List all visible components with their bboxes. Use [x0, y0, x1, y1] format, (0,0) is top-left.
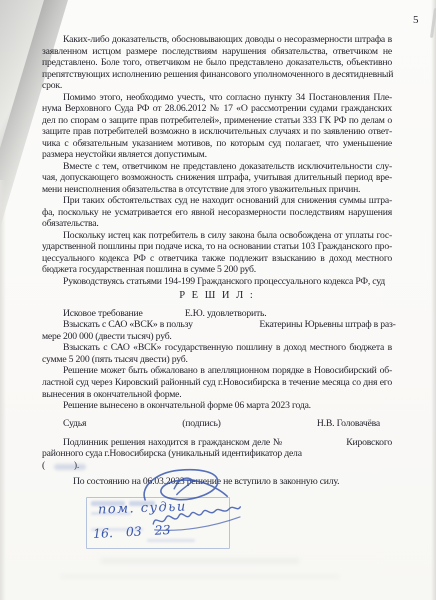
text-line: фа, поскольку не усматривается его явной…	[42, 207, 392, 219]
scan-ghost-mark	[60, 574, 340, 579]
erased-case-id-trace	[54, 464, 86, 470]
text-line: нума Верховного Суда РФ от 28.06.2012 № …	[42, 103, 392, 115]
text-line: При таких обстоятельствах суд не находит…	[42, 195, 392, 207]
text-line: мере 200 000 (двести тысяч) руб.	[42, 331, 392, 343]
text-line: мени неисполнения обязательства в отсутс…	[42, 184, 392, 196]
text-line: бюджета государственная пошлина в сумме …	[42, 264, 392, 276]
text-line: вынесения в окончательной форме.	[42, 389, 392, 401]
scan-left-edge-shadow	[0, 180, 6, 600]
text-line: цессуального кодекса РФ с ответчика такж…	[42, 253, 392, 265]
text-line: Взыскать с САО «ВСК» государственную пош…	[42, 342, 392, 354]
judge-name: Н.В. Головачёва	[317, 418, 380, 430]
text-line: Руководствуясь статьями 194-199 Гражданс…	[42, 276, 392, 288]
text-line: обязательства.	[42, 218, 392, 230]
text-line: Взыскать с САО «ВСК» в пользу Екатерины …	[42, 319, 392, 331]
text-line: Подлинник решения находится в гражданско…	[42, 437, 392, 449]
text-line: защите прав потребителей возможно в искл…	[42, 126, 392, 138]
resolution-heading: Р Е Ш И Л :	[42, 290, 392, 302]
scan-right-edge-shadow	[431, 0, 436, 600]
text-line: препятствующих исполнению решения финанс…	[42, 69, 392, 81]
text-line: Помимо этого, необходимо учесть, что сог…	[42, 92, 392, 104]
text-line: ластной суд через Кировский районный суд…	[42, 377, 392, 389]
judge-label: Судья	[63, 418, 86, 430]
page-number: 5	[413, 14, 419, 26]
text-line: чика с обязательным указанием мотивов, п…	[42, 138, 392, 150]
document-page: 5 Каких-либо доказательств, обосновывающ…	[0, 0, 436, 600]
text-line: районного суда г.Новосибирска (уникальны…	[42, 448, 392, 460]
text-line: Решение вынесено в окончательной форме 0…	[42, 400, 392, 412]
text-line: Вместе с тем, ответчиком не представлено…	[42, 161, 392, 173]
text-line: Поскольку истец как потребитель в силу з…	[42, 230, 392, 242]
text-line: Исковое требование Е.Ю. удовлетворить.	[42, 308, 392, 320]
signature-row: Судья (подпись) Н.В. Головачёва	[42, 418, 392, 430]
text-line: ударственной пошлины при подаче иска, то…	[42, 241, 392, 253]
text-line: Решение может быть обжаловано в апелляци…	[42, 365, 392, 377]
document-text: Каких-либо доказательств, обосновывающих…	[42, 34, 392, 488]
text-line: заявленном истцом размере последствиям н…	[42, 46, 392, 58]
scan-ghost-mark	[100, 558, 300, 564]
text-line: представлено. Боле того, ответчиком не б…	[42, 57, 392, 69]
body-paragraphs: Каких-либо доказательств, обосновывающих…	[42, 34, 392, 287]
stamp-faint-text	[147, 539, 195, 542]
signature-placeholder: (подпись)	[182, 418, 220, 430]
text-line: размера неустойки является допустимым.	[42, 149, 392, 161]
text-line: чая, допускающего возможность снижения ш…	[42, 172, 392, 184]
text-line: сумме 5 200 (пять тысяч двести) руб.	[42, 354, 392, 366]
text-line: дел по спорам о защите прав потребителей…	[42, 115, 392, 127]
text-line: Каких-либо доказательств, обосновывающих…	[42, 34, 392, 46]
resolution-paragraphs: Исковое требование Е.Ю. удовлетворить.Вз…	[42, 308, 392, 412]
text-line: срок.	[42, 80, 392, 92]
